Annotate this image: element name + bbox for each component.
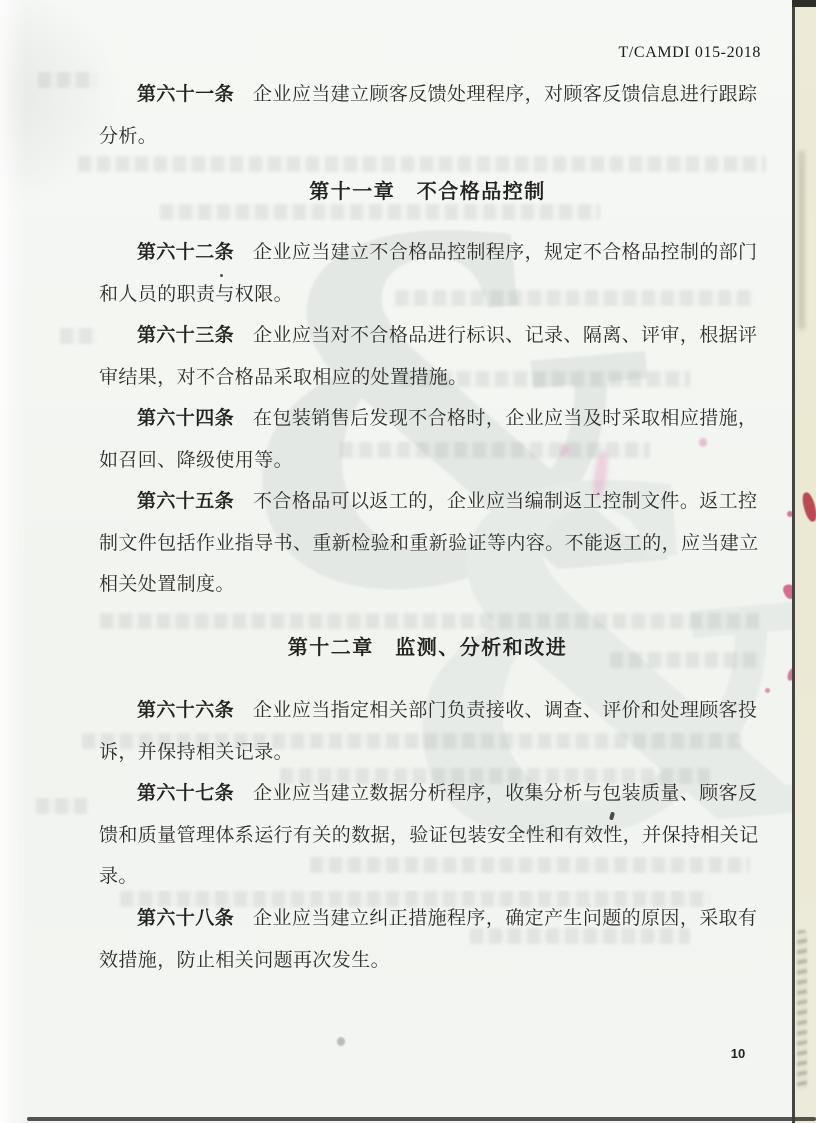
article-number: 第六十六条 bbox=[137, 700, 234, 721]
text-line: 和人员的职责与权限。 bbox=[99, 274, 742, 316]
text-line: 第六十三条企业应当对不合格品进行标识、记录、隔离、评审，根据评 bbox=[99, 315, 742, 357]
chapter-12-heading: 第十二章 监测、分析和改进 bbox=[99, 627, 742, 669]
page-number: 10 bbox=[724, 1046, 752, 1061]
chapter-11-heading: 第十一章 不合格品控制 bbox=[99, 171, 742, 213]
article-text: 在包装销售后发现不合格时，企业应当及时采取相应措施， bbox=[253, 408, 757, 429]
text-line: 馈和质量管理体系运行有关的数据，验证包装安全性和有效性，并保持相关记 bbox=[99, 815, 742, 857]
article-text: 企业应当对不合格品进行标识、记录、隔离、评审，根据评 bbox=[253, 325, 757, 346]
article-number: 第六十三条 bbox=[137, 325, 234, 346]
article-65: 第六十五条不合格品可以返工的，企业应当编制返工控制文件。返工控 制文件包括作业指… bbox=[99, 481, 742, 606]
article-number: 第六十四条 bbox=[137, 408, 234, 429]
scan-edge-bottom bbox=[27, 1117, 816, 1121]
text-line: 如召回、降级使用等。 bbox=[99, 440, 742, 482]
scan-highlight-left-edge bbox=[0, 0, 26, 1123]
text-line: 第六十五条不合格品可以返工的，企业应当编制返工控制文件。返工控 bbox=[99, 481, 742, 523]
article-62: 第六十二条企业应当建立不合格品控制程序，规定不合格品控制的部门 和人员的职责与权… bbox=[99, 232, 742, 315]
text-line: 第六十六条企业应当指定相关部门负责接收、调查、评价和处理顾客投 bbox=[99, 690, 742, 732]
article-text: 企业应当建立顾客反馈处理程序，对顾客反馈信息进行跟踪 bbox=[253, 84, 757, 105]
text-line: 效措施，防止相关问题再次发生。 bbox=[99, 940, 742, 982]
article-68: 第六十八条企业应当建立纠正措施程序，确定产生问题的原因，采取有 效措施，防止相关… bbox=[99, 898, 742, 981]
article-text: 企业应当指定相关部门负责接收、调查、评价和处理顾客投 bbox=[253, 700, 757, 721]
doc-code: T/CAMDI 015-2018 bbox=[619, 44, 761, 62]
scan-edge-band bbox=[795, 0, 816, 1123]
text-line: 第六十七条企业应当建立数据分析程序，收集分析与包装质量、顾客反 bbox=[99, 773, 742, 815]
text-line: 第六十八条企业应当建立纠正措施程序，确定产生问题的原因，采取有 bbox=[99, 898, 742, 940]
text-line: 诉，并保持相关记录。 bbox=[99, 732, 742, 774]
text-line: 录。 bbox=[99, 856, 742, 898]
article-64: 第六十四条在包装销售后发现不合格时，企业应当及时采取相应措施， 如召回、降级使用… bbox=[99, 398, 742, 481]
scan-edge-top-cap bbox=[792, 0, 816, 7]
scanned-document-page: & & T/CAMDI 015-2018 第六十一条企业应当建立顾客反馈处理程序… bbox=[0, 0, 816, 1123]
text-line: 审结果，对不合格品采取相应的处置措施。 bbox=[99, 357, 742, 399]
bleedthrough-text-artifact bbox=[38, 72, 96, 88]
article-number: 第六十八条 bbox=[137, 908, 234, 929]
article-text: 企业应当建立不合格品控制程序，规定不合格品控制的部门 bbox=[253, 242, 757, 263]
article-text: 不合格品可以返工的，企业应当编制返工控制文件。返工控 bbox=[253, 491, 757, 512]
article-text: 企业应当建立纠正措施程序，确定产生问题的原因，采取有 bbox=[253, 908, 757, 929]
text-line: 分析。 bbox=[99, 116, 742, 158]
article-63: 第六十三条企业应当对不合格品进行标识、记录、隔离、评审，根据评 审结果，对不合格… bbox=[99, 315, 742, 398]
article-number: 第六十七条 bbox=[137, 783, 234, 804]
bleedthrough-text-artifact bbox=[60, 328, 96, 344]
text-line: 制文件包括作业指导书、重新检验和重新验证等内容。不能返工的，应当建立 bbox=[99, 523, 742, 565]
text-line: 第六十四条在包装销售后发现不合格时，企业应当及时采取相应措施， bbox=[99, 398, 742, 440]
article-text: 企业应当建立数据分析程序，收集分析与包装质量、顾客反 bbox=[253, 783, 757, 804]
article-61: 第六十一条企业应当建立顾客反馈处理程序，对顾客反馈信息进行跟踪 分析。 bbox=[99, 74, 742, 157]
article-66: 第六十六条企业应当指定相关部门负责接收、调查、评价和处理顾客投 诉，并保持相关记… bbox=[99, 690, 742, 773]
bleedthrough-text-artifact bbox=[36, 798, 88, 814]
text-line: 第六十二条企业应当建立不合格品控制程序，规定不合格品控制的部门 bbox=[99, 232, 742, 274]
article-number: 第六十五条 bbox=[137, 491, 234, 512]
article-67: 第六十七条企业应当建立数据分析程序，收集分析与包装质量、顾客反 馈和质量管理体系… bbox=[99, 773, 742, 898]
text-line: 第六十一条企业应当建立顾客反馈处理程序，对顾客反馈信息进行跟踪 bbox=[99, 74, 742, 116]
article-number: 第六十二条 bbox=[137, 242, 234, 263]
scan-edge-line bbox=[792, 0, 795, 1123]
article-number: 第六十一条 bbox=[137, 84, 234, 105]
gray-smudge bbox=[337, 1037, 345, 1046]
bleedthrough-text-artifact bbox=[78, 156, 766, 172]
text-line: 相关处置制度。 bbox=[99, 564, 742, 606]
pink-ink-spot bbox=[765, 688, 770, 693]
